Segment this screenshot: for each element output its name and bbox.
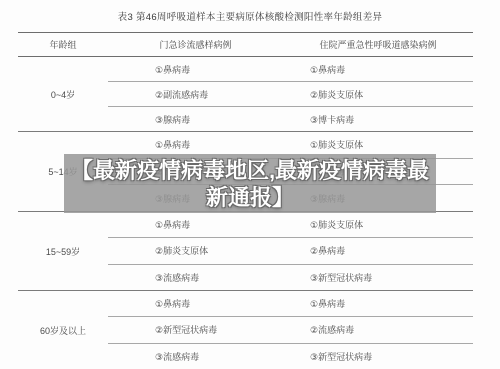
outpatient-cell: ①鼻病毒	[108, 63, 310, 76]
header-inpatient: 住院严重急性呼吸道感染病例	[283, 38, 473, 51]
outpatient-cell: ①鼻病毒	[108, 218, 310, 231]
inpatient-cell: ③新型冠状病毒	[310, 350, 473, 363]
group-rows: ①鼻病毒 ①鼻病毒 ②副流感病毒 ②肺炎支原体 ③腺病毒 ③博卡病毒	[108, 57, 473, 131]
watermark-line-2: 新通报】	[206, 184, 294, 211]
outpatient-cell: ③流感病毒	[108, 350, 310, 363]
table-header-row: 年龄组 门急诊流感样病例 住院严重急性呼吸道感染病例	[18, 32, 473, 57]
inpatient-cell: ②流感病毒	[310, 323, 473, 336]
table-group-15-59: 15~59岁 ①鼻病毒 ①肺炎支原体 ②肺炎支原体 ②鼻病毒 ③流感病毒 ③新型…	[18, 212, 473, 291]
table-row: ②肺炎支原体 ②鼻病毒	[108, 237, 473, 263]
table-caption: 表3 第46周呼吸道样本主要病原体核酸检测阳性率年龄组差异	[0, 9, 500, 23]
table-row: ①鼻病毒 ①肺炎支原体	[108, 212, 473, 237]
table-row: ③腺病毒 ③博卡病毒	[108, 106, 473, 131]
watermark-banner: 【最新疫情病毒地区,最新疫情病毒最 新通报】	[64, 154, 436, 213]
table-group-60plus: 60岁及以上 ①鼻病毒 ①鼻病毒 ②新型冠状病毒 ②流感病毒 ③流感病毒 ③新型…	[18, 291, 473, 369]
inpatient-cell: ③博卡病毒	[310, 113, 473, 126]
outpatient-cell: ②新型冠状病毒	[108, 323, 310, 336]
table-row: ③流感病毒 ③新型冠状病毒	[108, 343, 473, 369]
table-row: ②副流感病毒 ②肺炎支原体	[108, 81, 473, 106]
inpatient-cell: ①鼻病毒	[310, 63, 473, 76]
watermark-line-1: 【最新疫情病毒地区,最新疫情病毒最	[71, 157, 429, 184]
age-group-label: 60岁及以上	[18, 291, 108, 369]
table-row: ②新型冠状病毒 ②流感病毒	[108, 316, 473, 342]
table-row: ①鼻病毒 ①鼻病毒	[108, 57, 473, 81]
inpatient-cell: ②肺炎支原体	[310, 88, 473, 101]
inpatient-cell: ①鼻病毒	[310, 297, 473, 310]
group-rows: ①鼻病毒 ①肺炎支原体 ②肺炎支原体 ②鼻病毒 ③流感病毒 ③新型冠状病毒	[108, 212, 473, 290]
outpatient-cell: ①鼻病毒	[108, 297, 310, 310]
table-group-0-4: 0~4岁 ①鼻病毒 ①鼻病毒 ②副流感病毒 ②肺炎支原体 ③腺病毒 ③博卡病毒	[18, 57, 473, 132]
table-row: ①鼻病毒 ①鼻病毒	[108, 291, 473, 316]
age-group-label: 0~4岁	[18, 57, 108, 131]
inpatient-cell: ②鼻病毒	[310, 244, 473, 257]
header-outpatient: 门急诊流感样病例	[108, 38, 283, 51]
header-age-group: 年龄组	[18, 38, 108, 51]
outpatient-cell: ③流感病毒	[108, 271, 310, 284]
report-table-screenshot: 表3 第46周呼吸道样本主要病原体核酸检测阳性率年龄组差异 年龄组 门急诊流感样…	[0, 0, 500, 369]
inpatient-cell: ③新型冠状病毒	[310, 271, 473, 284]
table-row: ③流感病毒 ③新型冠状病毒	[108, 264, 473, 290]
age-group-label: 15~59岁	[18, 212, 108, 290]
inpatient-cell: ①肺炎支原体	[310, 218, 473, 231]
group-rows: ①鼻病毒 ①鼻病毒 ②新型冠状病毒 ②流感病毒 ③流感病毒 ③新型冠状病毒	[108, 291, 473, 369]
outpatient-cell: ②副流感病毒	[108, 88, 310, 101]
outpatient-cell: ②肺炎支原体	[108, 244, 310, 257]
inpatient-cell: ①肺炎支原体	[310, 138, 473, 151]
outpatient-cell: ③腺病毒	[108, 113, 310, 126]
outpatient-cell: ①鼻病毒	[108, 138, 310, 151]
